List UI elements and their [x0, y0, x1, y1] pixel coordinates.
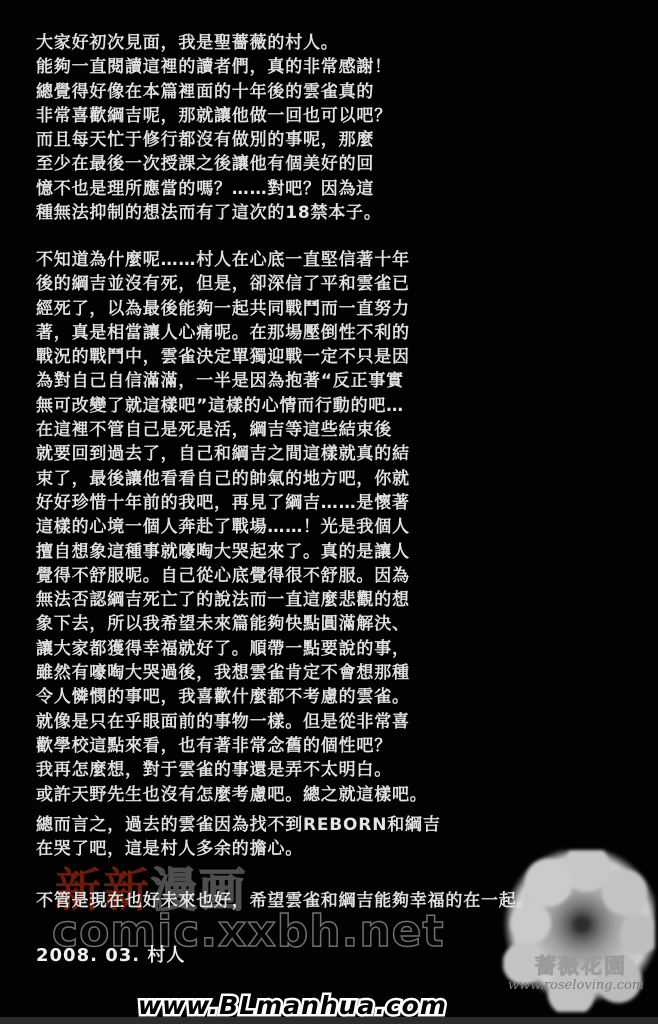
text-line: 至少在最後一次授課之後讓他有個美好的回	[36, 152, 392, 176]
text-line: 戰況的戰鬥中，雲雀決定單獨迎戰一定不只是因	[36, 345, 428, 369]
afterword-paragraph-4: 不管是現在也好未來也好，希望雲雀和綱吉能夠幸福的在一起。	[36, 889, 534, 913]
rose-group-url: www.roseloving.com	[508, 978, 644, 993]
text-line: 好好珍惜十年前的我吧，再見了綱吉……是懷著	[36, 491, 428, 515]
text-line: 令人憐憫的事吧，我喜歡什麼都不考慮的雲雀。	[36, 685, 428, 709]
text-line: 在這裡不管自己是死是活，綱吉等這些結束後	[36, 418, 428, 442]
rose-group-title: 薔薇花園	[535, 950, 627, 980]
text-line: 不管是現在也好未來也好，希望雲雀和綱吉能夠幸福的在一起。	[36, 889, 534, 913]
afterword-page: 大家好初次見面，我是聖薔薇的村人。能夠一直閱讀這裡的讀者們，真的非常感謝！總覺得…	[0, 0, 658, 1024]
afterword-paragraph-3: 總而言之，過去的雲雀因為找不到REBORN和綱吉在哭了吧，這是村人多余的擔心。	[36, 813, 441, 862]
text-line: 為對自己自信滿滿，一半是因為抱著“反正事實	[36, 369, 428, 393]
text-line: 能夠一直閱讀這裡的讀者們，真的非常感謝！	[36, 55, 392, 79]
afterword-paragraph-2: 不知道為什麼呢……村人在心底一直堅信著十年後的綱吉並沒有死，但是，卻深信了平和雲…	[36, 248, 428, 807]
text-line: 非常喜歡綱吉呢，那就讓他做一回也可以吧？	[36, 104, 392, 128]
text-line: 象下去，所以我希望未來篇能夠快點圓滿解決、	[36, 612, 428, 636]
text-line: 覺得不舒服呢。自己從心底覺得很不舒服。因為	[36, 564, 428, 588]
text-line: 經死了，以為最後能夠一起共同戰鬥而一直努力	[36, 297, 428, 321]
text-line: 而且每天忙于修行都沒有做別的事呢，那麼	[36, 128, 392, 152]
text-line: 總覺得好像在本篇裡面的十年後的雲雀真的	[36, 80, 392, 104]
text-line: 就像是只在乎眼面前的事物一樣。但是從非常喜	[36, 710, 428, 734]
text-line: 種無法抑制的想法而有了這次的18禁本子。	[36, 201, 392, 225]
text-line: 大家好初次見面，我是聖薔薇的村人。	[36, 31, 392, 55]
rose-stamp: 薔薇花園 www.roseloving.com	[503, 850, 655, 1012]
text-line: 歡學校這點來看，也有著非常念舊的個性吧？	[36, 734, 428, 758]
text-line: 雖然有嚎啕大哭過後，我想雲雀肯定不會想那種	[36, 661, 428, 685]
afterword-paragraph-1: 大家好初次見面，我是聖薔薇的村人。能夠一直閱讀這裡的讀者們，真的非常感謝！總覺得…	[36, 31, 392, 225]
text-line: 讓大家都獲得幸福就好了。順帶一點要說的事，	[36, 637, 428, 661]
text-line: 無可改變了就這樣吧”這樣的心情而行動的吧…	[36, 394, 428, 418]
text-line: 我再怎麼想，對于雲雀的事還是弄不太明白。	[36, 758, 428, 782]
text-line: 束了，最後讓他看看自己的帥氣的地方吧，你就	[36, 467, 428, 491]
author-date-signature: 2008. 03. 村人	[36, 941, 185, 967]
text-line: 著，真是相當讓人心痛呢。在那場壓倒性不利的	[36, 321, 428, 345]
text-line: 無法否認綱吉死亡了的說法而一直這麼悲觀的想	[36, 588, 428, 612]
text-line: 後的綱吉並沒有死，但是，卻深信了平和雲雀已	[36, 272, 428, 296]
bottom-site-banner: www.BLmanhua.com www.BLmanhua.com	[138, 991, 447, 1020]
text-line: 在哭了吧，這是村人多余的擔心。	[36, 837, 441, 861]
banner-url-text: www.BLmanhua.com	[138, 991, 447, 1020]
text-line: 總而言之，過去的雲雀因為找不到REBORN和綱吉	[36, 813, 441, 837]
text-line: 或許天野先生也沒有怎麼考慮吧。總之就這樣吧。	[36, 783, 428, 807]
text-line: 就要回到過去了，自己和綱吉之間這樣就真的結	[36, 442, 428, 466]
text-line: 這樣的心境一個人奔赴了戰場……！光是我個人	[36, 515, 428, 539]
text-line: 不知道為什麼呢……村人在心底一直堅信著十年	[36, 248, 428, 272]
text-line: 擅自想象這種事就嚎啕大哭起來了。真的是讓人	[36, 540, 428, 564]
text-line: 憶不也是理所應當的嗎？……對吧？因為這	[36, 177, 392, 201]
